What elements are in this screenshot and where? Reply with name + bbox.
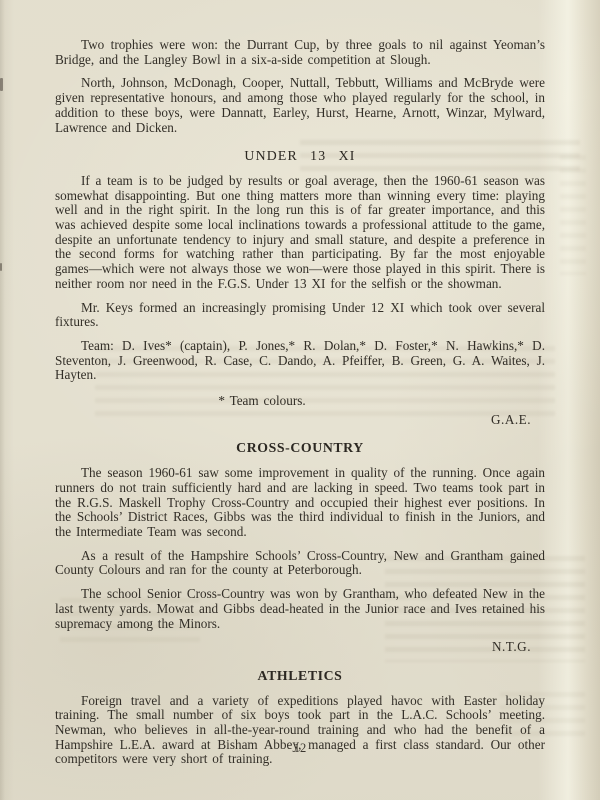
paragraph-cc-senior: The school Senior Cross-Country was won … [55,587,545,631]
paragraph-under13-season: If a team is to be judged by results or … [55,174,545,292]
paragraph-trophies: Two trophies were won: the Durrant Cup, … [55,38,545,67]
scan-speck [0,263,2,271]
paragraph-under13-team: Team: D. Ives* (captain), P. Jones,* R. … [55,339,545,383]
heading-athletics: ATHLETICS [55,669,545,684]
paragraph-cc-county: As a result of the Hampshire Schools’ Cr… [55,549,545,578]
team-colours-note: * Team colours. [17,394,507,409]
paragraph-honours: North, Johnson, McDonagh, Cooper, Nuttal… [55,76,545,135]
page-number: 12 [0,741,600,756]
paragraph-under13-keys: Mr. Keys formed an increasingly promisin… [55,301,545,330]
bleedthrough-smudge [560,155,586,275]
paragraph-cc-season: The season 1960-61 saw some improvement … [55,466,545,540]
heading-cross-country: CROSS-COUNTRY [55,441,545,456]
scanned-magazine-page: { "page": { "number": "12", "paper_color… [0,0,600,800]
paragraph-athletics-easter: Foreign travel and a variety of expediti… [55,694,545,768]
heading-under-13-xi: UNDER 13 XI [55,149,545,164]
signature-ntg: N.T.G. [55,640,545,655]
scan-speck [0,78,3,91]
signature-gae: G.A.E. [55,413,545,428]
page-content: Two trophies were won: the Durrant Cup, … [55,38,545,776]
